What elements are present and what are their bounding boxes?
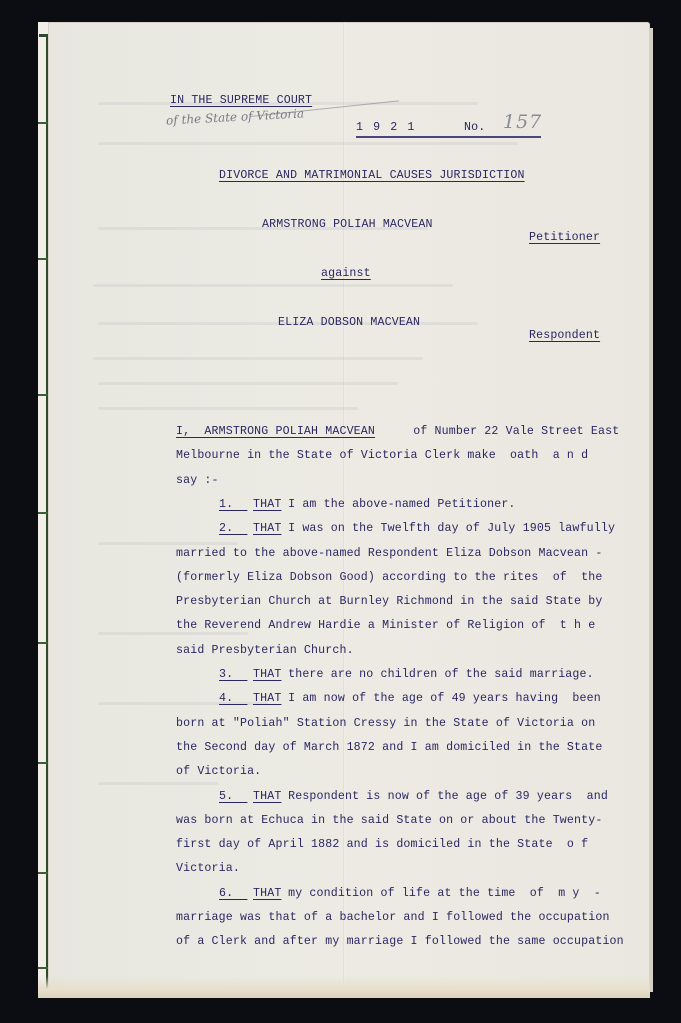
paragraph-line: said Presbyterian Church. [176, 644, 354, 657]
case-year: 1 9 2 1 [356, 121, 416, 134]
document-page: IN THE SUPREME COURT of the State of Vic… [38, 22, 650, 998]
paragraph-line: first day of April 1882 and is domiciled… [176, 838, 588, 851]
deponent-name: I, ARMSTRONG POLIAH MACVEAN [176, 425, 375, 438]
page-edge [650, 28, 653, 992]
bleed-through-text [98, 382, 398, 385]
case-number-rule [356, 136, 541, 138]
paragraph-line: of Victoria. [176, 765, 261, 778]
bleed-through-text [93, 284, 453, 287]
bleed-through-text [98, 632, 248, 635]
paragraph-number: 3. [219, 668, 247, 681]
paragraph-number: 1. [219, 498, 247, 511]
jurisdiction-title: DIVORCE AND MATRIMONIAL CAUSES JURISDICT… [219, 169, 525, 182]
paragraph-that: THAT [253, 887, 281, 900]
bleed-through-text [98, 407, 358, 410]
intro-line: say :- [176, 474, 219, 487]
bleed-through-text [98, 142, 518, 145]
petitioner-name: ARMSTRONG POLIAH MACVEAN [262, 218, 433, 231]
paragraph-line: there are no children of the said marria… [281, 668, 594, 681]
binding-stitch [38, 122, 48, 124]
paragraph-line: the Reverend Andrew Hardie a Minister of… [176, 619, 595, 632]
paragraph-line: Respondent is now of the age of 39 years… [281, 790, 608, 803]
paragraph-line: my condition of life at the time of m y … [281, 887, 601, 900]
binding-stitch [38, 872, 48, 874]
court-header: IN THE SUPREME COURT [170, 94, 312, 107]
respondent-name: ELIZA DOBSON MACVEAN [278, 316, 420, 329]
paragraph-that: THAT [253, 522, 281, 535]
paragraph-number: 5. [219, 790, 247, 803]
binding-stitch [38, 258, 48, 260]
paragraph-line: Victoria. [176, 862, 240, 875]
case-number-label: No. [464, 121, 485, 134]
case-number-handwritten: 157 [503, 111, 542, 133]
paragraph-that: THAT [253, 668, 281, 681]
paragraph-line: (formerly Eliza Dobson Good) according t… [176, 571, 602, 584]
paragraph-line: I was on the Twelfth day of July 1905 la… [281, 522, 615, 535]
paragraph-that: THAT [253, 498, 281, 511]
binding-stitch [38, 642, 48, 644]
paragraph-line: of a Clerk and after my marriage I follo… [176, 935, 624, 948]
bleed-through-text [98, 782, 218, 785]
paragraph-number: 6. [219, 887, 247, 900]
binding-stitch [38, 967, 48, 969]
paragraph-number: 4. [219, 692, 247, 705]
paragraph-that: THAT [253, 692, 281, 705]
petitioner-role: Petitioner [529, 231, 600, 244]
intro-line: Melbourne in the State of Victoria Clerk… [176, 449, 588, 462]
binding-stitch [38, 512, 48, 514]
paragraph-line: born at "Poliah" Station Cressy in the S… [176, 717, 595, 730]
binding-stitch [38, 394, 48, 396]
paragraph-that: THAT [253, 790, 281, 803]
binding-thread-top [39, 34, 48, 37]
respondent-role: Respondent [529, 329, 600, 342]
paragraph-line: the Second day of March 1872 and I am do… [176, 741, 602, 754]
paragraph-number: 2. [219, 522, 247, 535]
binding-stitch [38, 762, 48, 764]
intro-line: of Number 22 Vale Street East [399, 425, 619, 438]
paragraph-line: marriage was that of a bachelor and I fo… [176, 911, 610, 924]
paragraph-line: married to the above-named Respondent El… [176, 547, 602, 560]
paragraph-line: Presbyterian Church at Burnley Richmond … [176, 595, 602, 608]
bleed-through-text [93, 357, 423, 360]
paragraph-line: was born at Echuca in the said State on … [176, 814, 602, 827]
against-label: against [321, 267, 371, 280]
page-bottom-edge [38, 976, 650, 998]
paragraph-line: I am the above-named Petitioner. [281, 498, 516, 511]
court-handwritten-annotation: of the State of Victoria [166, 106, 305, 127]
bleed-through-text [98, 542, 238, 545]
paragraph-line: I am now of the age of 49 years having b… [281, 692, 601, 705]
